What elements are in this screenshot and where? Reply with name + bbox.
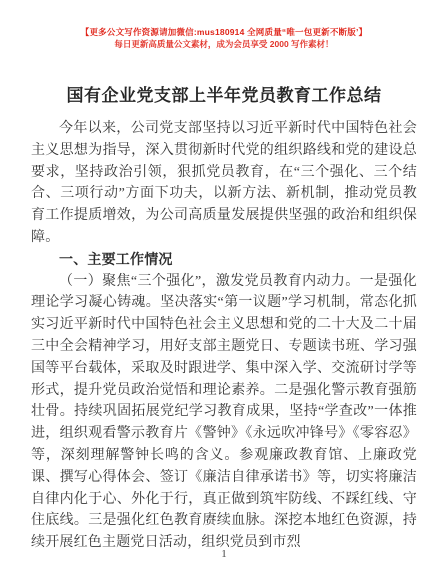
- document-title: 国有企业党支部上半年党员教育工作总结: [31, 86, 417, 106]
- promo-banner-line-1: 【更多公文写作资源请加微信:mus180914 全网质量“唯一包更新不断版’】: [31, 26, 417, 38]
- section-1-paragraph: （一）聚焦“三个强化”，激发党员教育内动力。一是强化理论学习凝心铸魂。坚决落实“…: [31, 271, 417, 554]
- promo-banner: 【更多公文写作资源请加微信:mus180914 全网质量“唯一包更新不断版’】 …: [31, 26, 417, 50]
- promo-banner-line-2: 每日更新高质量公文素材，成为会员享受 2000 写作素材！: [31, 38, 417, 50]
- page-number: 1: [0, 548, 448, 560]
- section-1-heading: 一、主要工作情况: [31, 249, 417, 271]
- document-page: 【更多公文写作资源请加微信:mus180914 全网质量“唯一包更新不断版’】 …: [0, 0, 448, 580]
- intro-paragraph: 今年以来，公司党支部坚持以习近平新时代中国特色社会主义思想为指导，深入贯彻新时代…: [31, 118, 417, 249]
- document-body: 今年以来，公司党支部坚持以习近平新时代中国特色社会主义思想为指导，深入贯彻新时代…: [31, 118, 417, 554]
